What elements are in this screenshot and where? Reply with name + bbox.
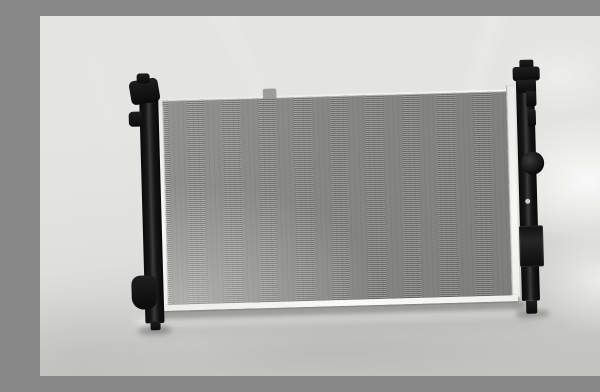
right-mounting-pin (526, 301, 537, 314)
radiator-product-photo: Grayscale product photograph of an autom… (40, 16, 600, 376)
radiator (124, 58, 555, 334)
left-mounting-pin (150, 321, 160, 330)
radiator-core-fins (162, 91, 515, 307)
left-inlet-nub (137, 73, 150, 83)
right-tank-step-lower (528, 109, 536, 127)
right-mounting-bracket (519, 225, 544, 267)
bracket-hole (525, 199, 530, 204)
top-mounting-tab (263, 89, 276, 99)
fabric-crease (89, 56, 118, 145)
overflow-knob (521, 151, 545, 175)
left-hose-fitting (131, 275, 157, 310)
right-tank-step-upper (526, 90, 536, 106)
left-side-tab (129, 112, 142, 127)
